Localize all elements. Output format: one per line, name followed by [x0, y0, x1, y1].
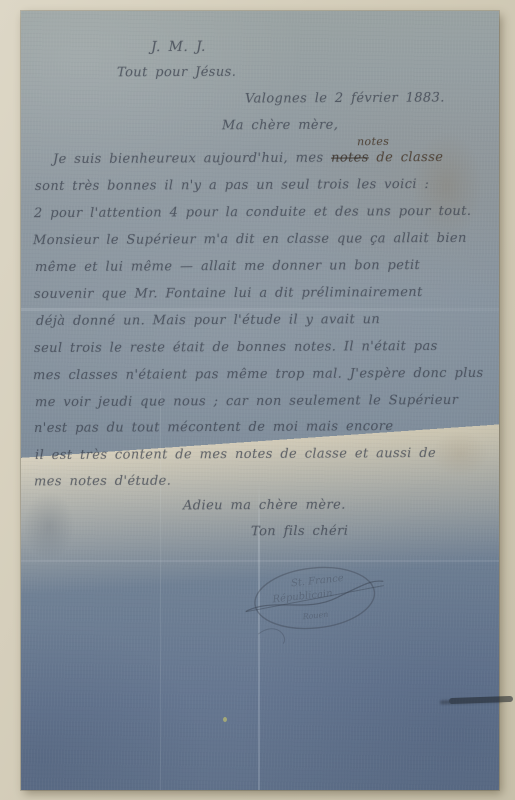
body-line: n'est pas du tout mécontent de moi mais …: [34, 419, 393, 436]
body-line-text: Je suis bienheureux aujourd'hui, mes: [53, 151, 324, 167]
body-line: déjà donné un. Mais pour l'étude il y av…: [36, 312, 380, 329]
body-line: souvenir que Mr. Fontaine lui a dit prél…: [34, 285, 423, 302]
body-line: sont très bonnes il n'y a pas un seul tr…: [35, 177, 429, 194]
paper-stain-mid-right: [431, 431, 489, 477]
monogram: J. M. J.: [151, 39, 206, 55]
body-line: mes notes d'étude.: [34, 474, 171, 490]
body-line: seul trois le reste était de bonnes note…: [34, 339, 438, 356]
stamp-text-line3: Rouen: [301, 610, 329, 622]
inserted-word: notes: [357, 135, 390, 149]
ink-smudge: [449, 696, 513, 704]
body-line-text-dark: de classe: [376, 150, 443, 165]
signature: Ton fils chéri: [251, 524, 348, 540]
salutation: Ma chère mère,: [222, 118, 338, 134]
paper-speck: [223, 717, 227, 722]
struck-word: notes: [331, 150, 369, 165]
body-line: Monsieur le Supérieur m'a dit en classe …: [33, 231, 467, 248]
body-line: il est très content de mes notes de clas…: [35, 446, 436, 463]
oval-ink-stamp: St. France Républicain Rouen: [241, 549, 390, 653]
body-line: mes classes n'étaient pas même trop mal.…: [33, 366, 484, 383]
farewell: Adieu ma chère mère.: [183, 498, 346, 514]
photo-background: { "document": { "kind": "handwritten-let…: [0, 0, 515, 800]
body-line: me voir jeudi que nous ; car non seuleme…: [35, 393, 458, 410]
stamp-tail-stroke: [258, 627, 285, 646]
body-line: Je suis bienheureux aujourd'hui, mes not…: [53, 150, 443, 167]
letter-paper: J. M. J. Tout pour Jésus. Valognes le 2 …: [21, 11, 499, 790]
body-line: même et lui même — allait me donner un b…: [35, 258, 420, 275]
motto: Tout pour Jésus.: [117, 65, 236, 81]
stamp-text-line1: St. France: [291, 573, 345, 589]
dateline: Valognes le 2 février 1883.: [245, 90, 445, 106]
paper-stain-bottom-left: [23, 491, 75, 561]
body-line: 2 pour l'attention 4 pour la conduite et…: [34, 204, 471, 221]
fold-crease-horizontal-upper: [21, 308, 499, 311]
